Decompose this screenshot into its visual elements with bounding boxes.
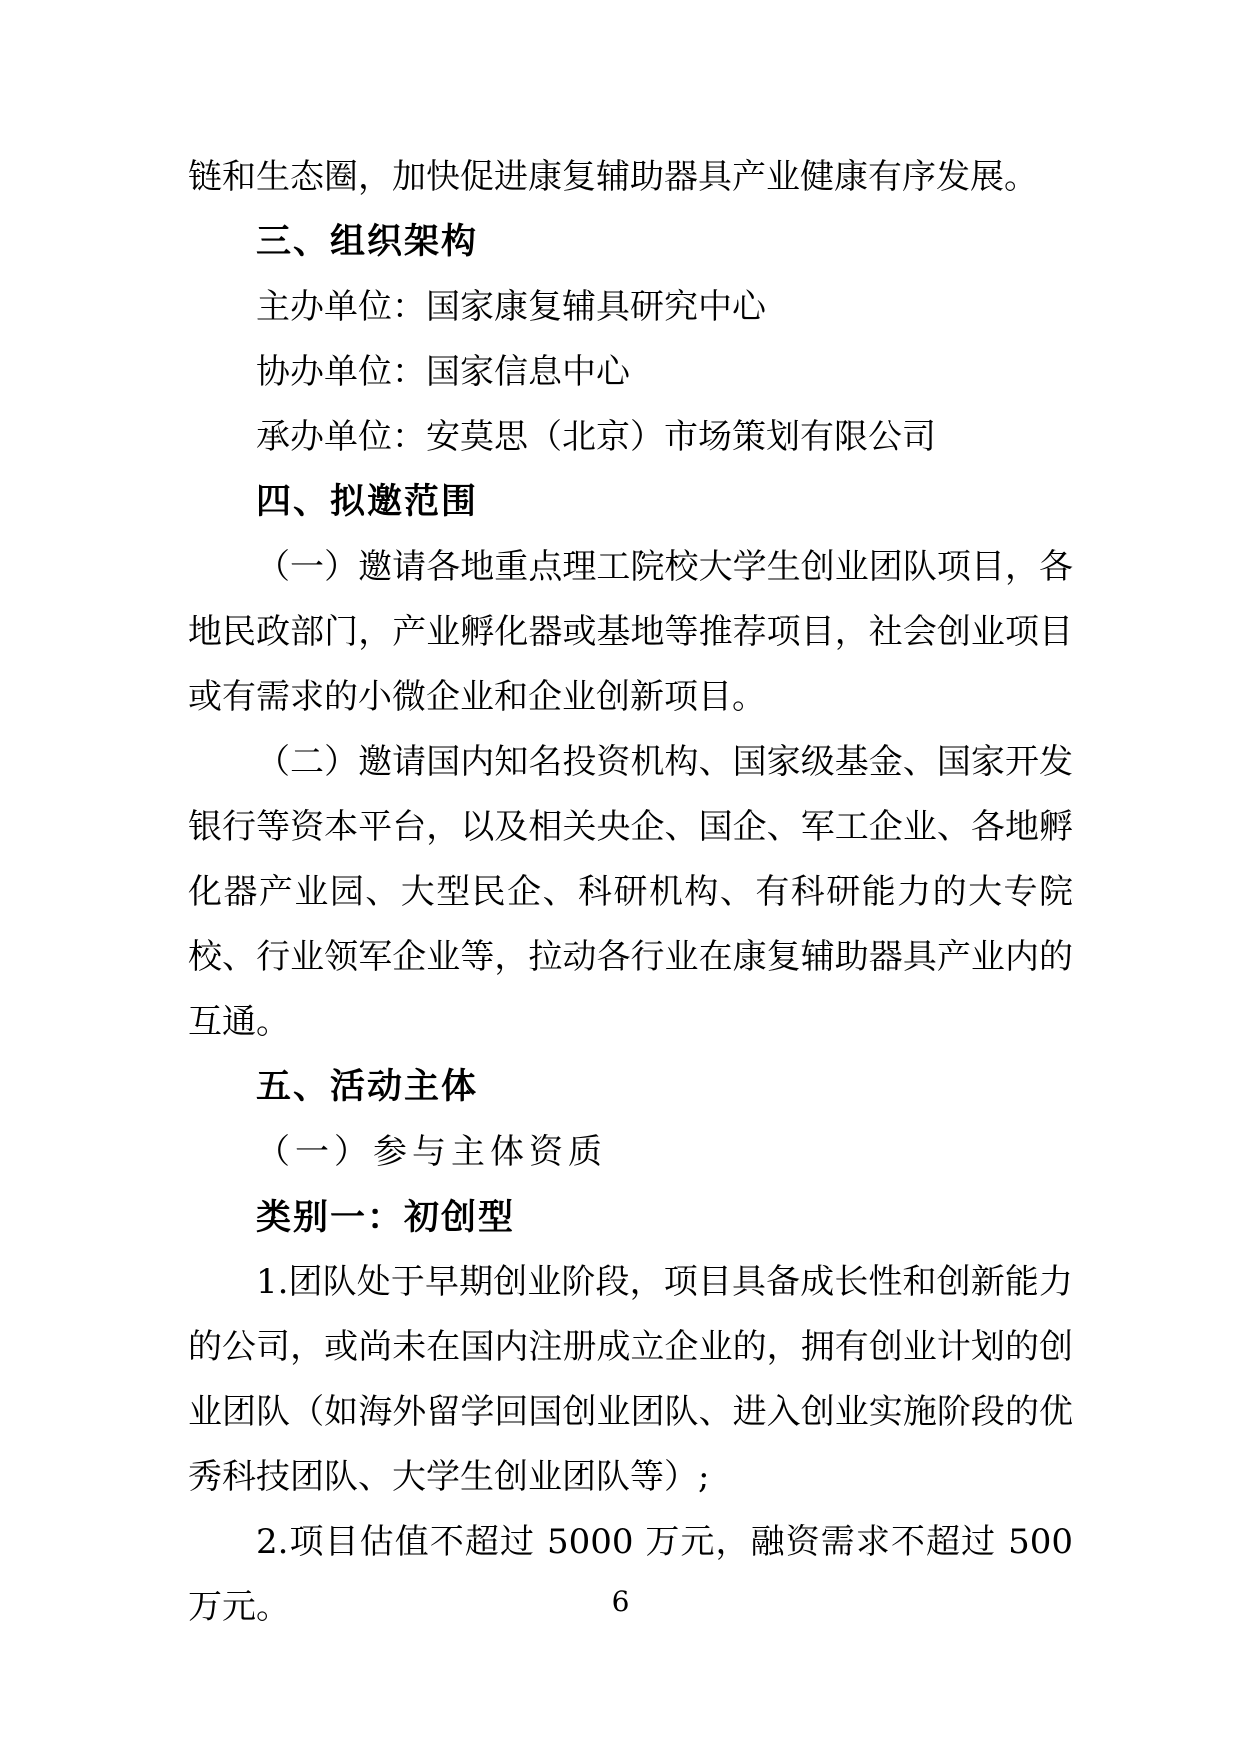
organizer-host-line: 主办单位：国家康复辅具研究中心 <box>188 275 1073 340</box>
section-heading-3-organization: 三、组织架构 <box>188 210 1073 275</box>
section-heading-4-invitation-scope: 四、拟邀范围 <box>188 470 1073 535</box>
document-page: 链和生态圈，加快促进康复辅助器具产业健康有序发展。 三、组织架构 主办单位：国家… <box>0 0 1241 1754</box>
paragraph-startup-criteria-1: 1.团队处于早期创业阶段，项目具备成长性和创新能力的公司，或尚未在国内注册成立企… <box>188 1250 1073 1510</box>
organizer-co-host-line: 协办单位：国家信息中心 <box>188 340 1073 405</box>
section-heading-5-activity-subjects: 五、活动主体 <box>188 1055 1073 1120</box>
subheading-participant-qualifications: （一）参与主体资质 <box>188 1120 1073 1185</box>
paragraph-invitation-scope-1: （一）邀请各地重点理工院校大学生创业团队项目，各地民政部门，产业孵化器或基地等推… <box>188 535 1073 730</box>
paragraph-invitation-scope-2: （二）邀请国内知名投资机构、国家级基金、国家开发银行等资本平台，以及相关央企、国… <box>188 730 1073 1055</box>
paragraph-startup-criteria-2: 2.项目估值不超过 5000 万元，融资需求不超过 500 万元。 <box>188 1510 1073 1640</box>
paragraph-continuation: 链和生态圈，加快促进康复辅助器具产业健康有序发展。 <box>188 145 1073 210</box>
organizer-undertaker-line: 承办单位：安莫思（北京）市场策划有限公司 <box>188 405 1073 470</box>
page-number: 6 <box>0 1585 1241 1619</box>
document-body: 链和生态圈，加快促进康复辅助器具产业健康有序发展。 三、组织架构 主办单位：国家… <box>188 145 1073 1640</box>
subheading-category-1-startup: 类别一：初创型 <box>188 1185 1073 1250</box>
